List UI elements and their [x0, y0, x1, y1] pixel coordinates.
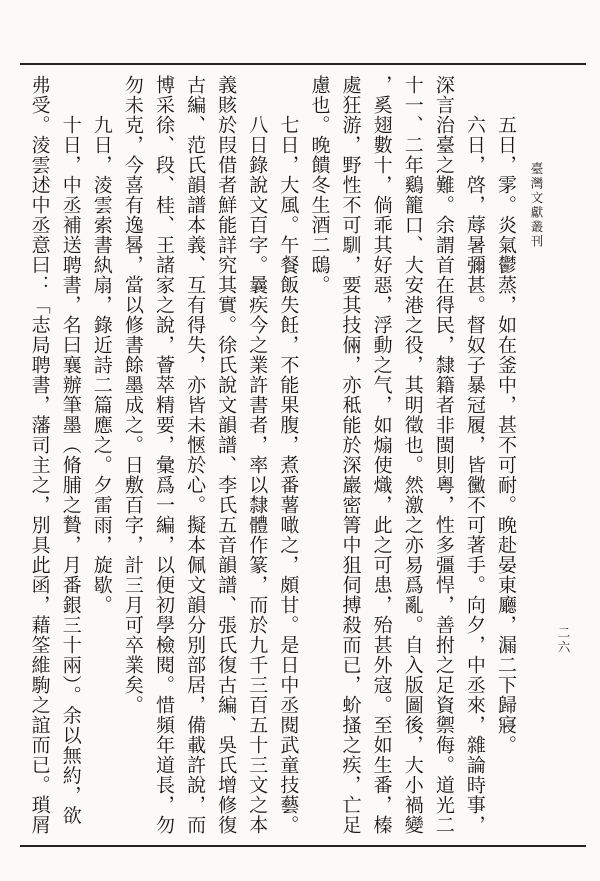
text-column: 深言治臺之難。余謂首在得民，隸籍者非閩則粵，性多彊悍，善拊之足資禦侮。道光二: [428, 75, 459, 850]
text-column: 勿未克，今喜有逸晷，當以修書餘墨成之。日敷百字，計三月可卒業矣。: [117, 75, 148, 850]
series-title-header: 臺灣文獻叢刊: [527, 162, 545, 249]
text-column: 博采徐、段、桂、王諸家之說，薈萃精要，彙爲一編，以便初學檢閱。惜頻年道長，勿: [148, 75, 179, 850]
text-column: 古編、范氏韻譜本義、互有得失，亦皆未愜於心。擬本佩文韻分別部居，備載許說，而: [179, 75, 210, 850]
text-column: 七日，大風。午餐飯失飪，不能果腹，煮番薯噉之，頗甘。是日中丞閱武童技藝。: [272, 75, 303, 850]
top-border-rule: [20, 63, 586, 65]
scanned-book-page: 臺灣文獻叢刊 二六 五日，雺。炎氣鬱蒸，如在釜中，甚不可耐。晚赴晏東廳，漏二下歸…: [0, 0, 600, 881]
text-column: 弗受。淩雲述中丞意曰：「志局聘書，藩司主之，別具此函，藉筌維駒之誼而已。瑣屑: [24, 75, 55, 850]
text-column: 處狂游，野性不可馴，要其技倆，亦秪能於深巖密箐中狙伺搏殺而已，蚧搔之疾，亡足: [334, 75, 365, 850]
text-columns: 五日，雺。炎氣鬱蒸，如在釜中，甚不可耐。晚赴晏東廳，漏二下歸寢。六日，啓，蓐暑彌…: [23, 75, 521, 850]
text-column: 五日，雺。炎氣鬱蒸，如在釜中，甚不可耐。晚赴晏東廳，漏二下歸寢。: [490, 75, 521, 850]
text-column: 十一、二年鷄籠口、大安港之役，其明徵也。然激之亦易爲亂。自入版圖後，大小禍變: [397, 75, 428, 850]
text-column: 八日錄說文百字。曩疾今之業許書者，率以隸體作篆，而於九千三百五十三文之本: [241, 75, 272, 850]
page-number: 二六: [554, 626, 572, 655]
text-column: ，奚翅數十，倘乖其好惡，浮動之气，如煽使熾，此之可患，殆甚外寇。至如生番，榛: [366, 75, 397, 850]
text-column: 義賅於叚借者鮮能詳究其實。徐氏說文韻譜、李氏五音韻譜、張氏復古編、吳氏增修復: [210, 75, 241, 850]
text-column: 九日，淩雲索書紈扇，錄近詩二篇應之。夕雷雨，旋歇。: [86, 75, 117, 850]
text-column: 十日，中丞補送聘書，名曰襄辦筆墨（脩脯之贄，月番銀三十兩）。余以無約，欲: [55, 75, 86, 850]
text-column: 慮也。晚饋冬生酒二鴟。: [303, 75, 334, 850]
text-column: 六日，啓，蓐暑彌甚。督奴子暴冠履，皆黴不可著手。向夕，中丞來，雜論時事，: [459, 75, 490, 850]
